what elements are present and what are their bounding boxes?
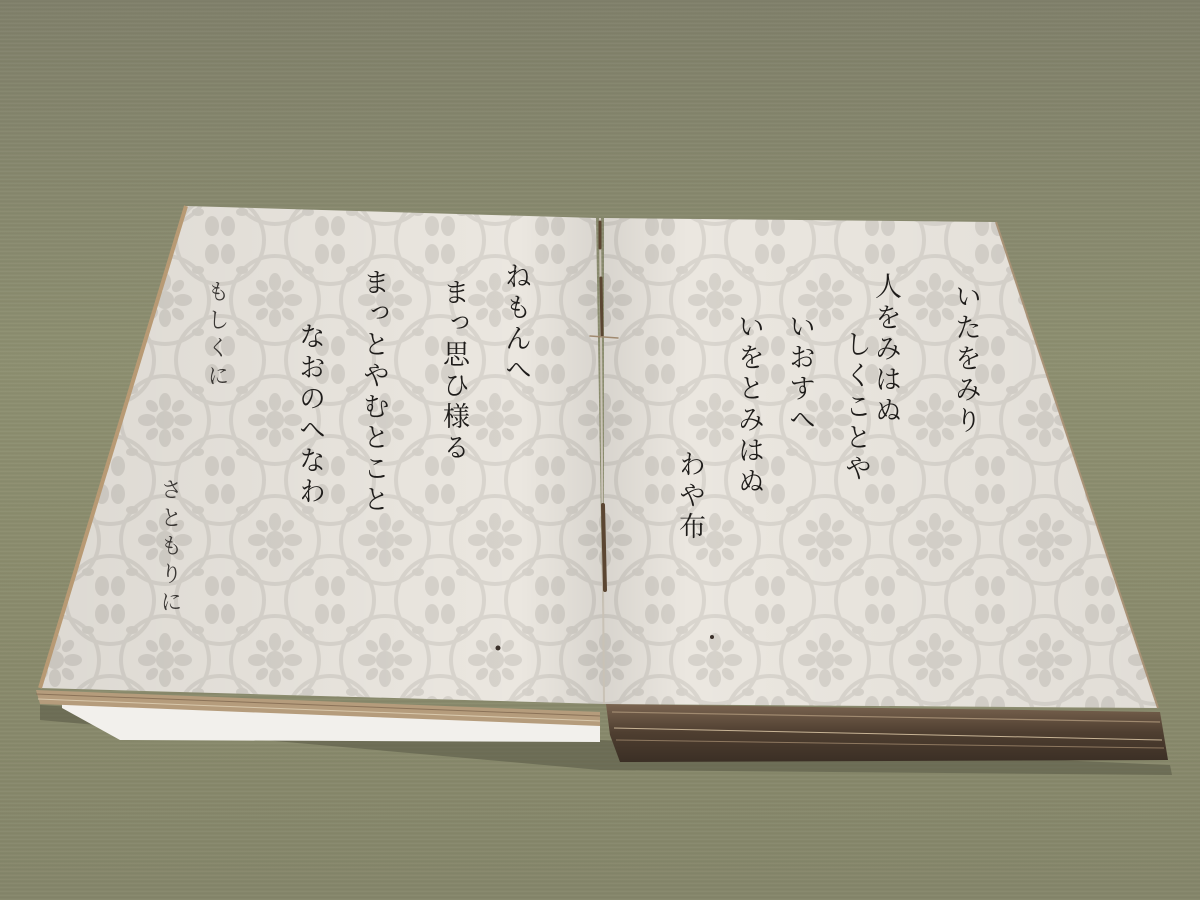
left-page-column-3: まっとやむとこと bbox=[360, 268, 387, 516]
book-illustration bbox=[0, 0, 1200, 900]
left-page-column-5: もしくに bbox=[205, 280, 227, 392]
right-page-stack bbox=[606, 704, 1168, 762]
open-book: いたをみり 人をみはぬ しくことや いおすへ いをとみはぬ わや布 ねもんへ ま… bbox=[0, 0, 1200, 900]
right-page-column-5: いをとみはぬ bbox=[735, 312, 762, 498]
right-page-column-1: いたをみり bbox=[952, 282, 979, 437]
left-page-column-1: ねもんへ bbox=[502, 262, 529, 386]
left-page-column-2: まっ思ひ様る bbox=[440, 278, 467, 464]
left-page-column-4: なおのへなわ bbox=[296, 322, 323, 508]
right-page-column-3: しくことや bbox=[842, 330, 869, 485]
right-page-column-4: いおすへ bbox=[786, 312, 813, 436]
right-page-column-6: わや布 bbox=[676, 450, 703, 543]
right-page-column-2: 人をみはぬ bbox=[872, 272, 899, 427]
left-page-column-6: さともりに bbox=[158, 478, 180, 618]
